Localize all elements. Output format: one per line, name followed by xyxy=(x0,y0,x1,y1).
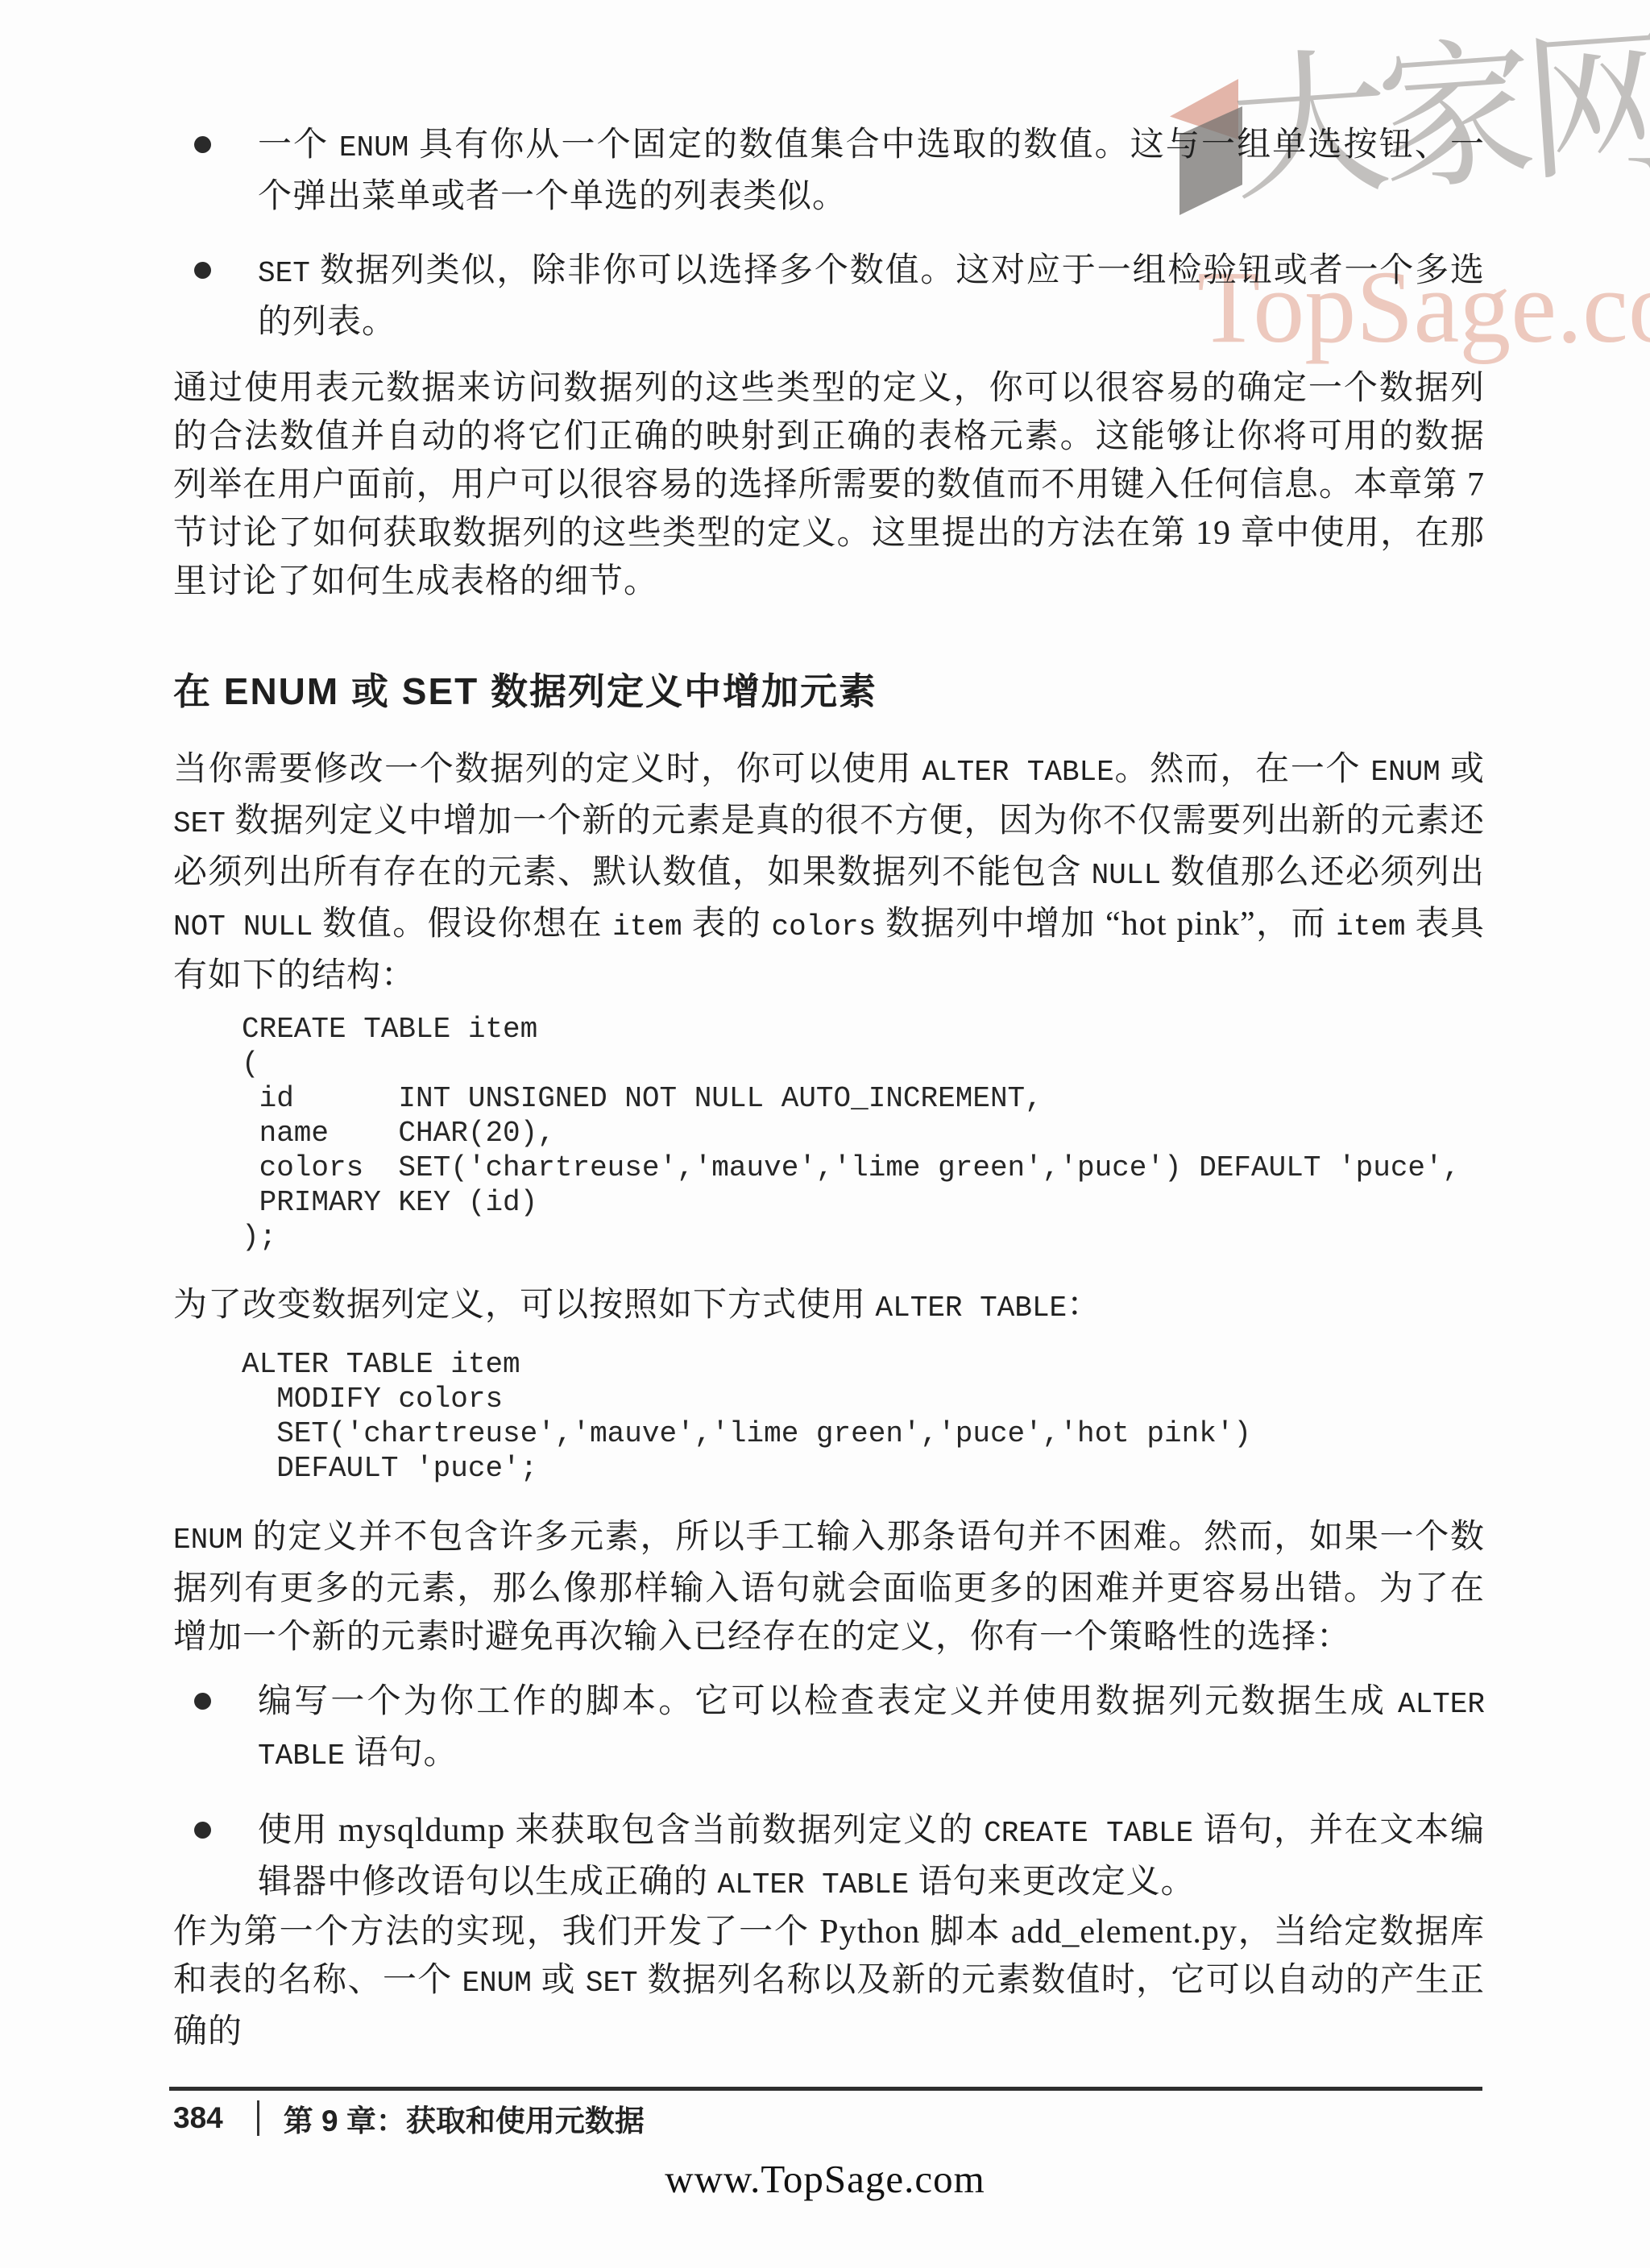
footer-site-url: www.TopSage.com xyxy=(0,2156,1650,2202)
code-block-alter-table: ALTER TABLE item MODIFY colors SET('char… xyxy=(242,1347,1251,1486)
list-item: 一个 ENUM 具有你从一个固定的数值集合中选取的数值。这与一组单选按钮、一个弹… xyxy=(173,121,1485,221)
section-heading: 在 ENUM 或 SET 数据列定义中增加元素 xyxy=(173,662,1485,715)
intro-bullet-list: 一个 ENUM 具有你从一个固定的数值集合中选取的数值。这与一组单选按钮、一个弹… xyxy=(173,121,1485,372)
paragraph-python-script: 作为第一个方法的实现，我们开发了一个 Python 脚本 add_element… xyxy=(173,1908,1485,2056)
scanned-book-page: { "meta": { "kind": "scanned-book-page",… xyxy=(0,0,1650,2268)
list-item: SET 数据列类似，除非你可以选择多个数值。这对应于一组检验钮或者一个多选的列表… xyxy=(173,247,1485,346)
bullet-icon xyxy=(194,1693,211,1710)
code-block-create-table: CREATE TABLE item ( id INT UNSIGNED NOT … xyxy=(242,1012,1460,1254)
bullet-icon xyxy=(194,1822,211,1839)
paragraph-enum-definition: ENUM 的定义并不包含许多元素，所以手工输入那条语句并不困难。然而，如果一个数… xyxy=(173,1513,1485,1661)
paragraph-alter-intro: 当你需要修改一个数据列的定义时，你可以使用 ALTER TABLE。然而，在一个… xyxy=(173,745,1485,1000)
page-number: 384 xyxy=(173,2101,223,2135)
paragraph-alter-usage: 为了改变数据列定义，可以按照如下方式使用 ALTER TABLE： xyxy=(173,1281,1485,1333)
paragraph-metadata: 通过使用表元数据来访问数据列的这些类型的定义，你可以很容易的确定一个数据列的合法… xyxy=(173,364,1485,606)
bullet-text: SET 数据列类似，除非你可以选择多个数值。这对应于一组检验钮或者一个多选的列表… xyxy=(258,252,1485,341)
strategy-bullet-list: 编写一个为你工作的脚本。它可以检查表定义并使用数据列元数据生成 ALTER TA… xyxy=(173,1677,1485,1935)
bullet-text: 一个 ENUM 具有你从一个固定的数值集合中选取的数值。这与一组单选按钮、一个弹… xyxy=(258,126,1485,215)
footer-divider xyxy=(257,2100,259,2136)
list-item: 编写一个为你工作的脚本。它可以检查表定义并使用数据列元数据生成 ALTER TA… xyxy=(173,1677,1485,1781)
list-item: 使用 mysqldump 来获取包含当前数据列定义的 CREATE TABLE … xyxy=(173,1806,1485,1909)
footer: 384 第 9 章：获取和使用元数据 xyxy=(173,2096,645,2140)
bullet-text: 编写一个为你工作的脚本。它可以检查表定义并使用数据列元数据生成 ALTER TA… xyxy=(258,1683,1485,1772)
bullet-icon xyxy=(194,262,211,279)
bullet-text: 使用 mysqldump 来获取包含当前数据列定义的 CREATE TABLE … xyxy=(258,1812,1485,1901)
bullet-icon xyxy=(194,136,211,153)
chapter-title: 第 9 章：获取和使用元数据 xyxy=(284,2096,645,2140)
footer-rule xyxy=(169,2087,1482,2091)
